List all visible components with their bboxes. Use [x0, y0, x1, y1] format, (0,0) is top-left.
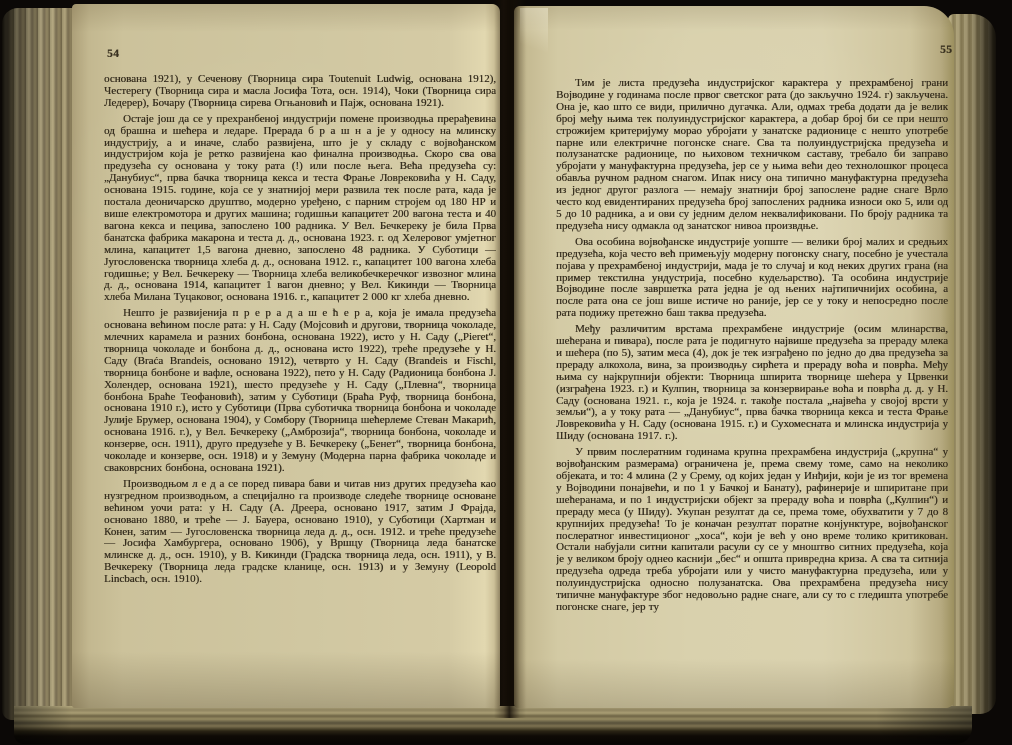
paragraph-left-3: Нешто је развијенија п р е р а д а ш е ћ…	[104, 308, 496, 475]
book-gutter-shadow	[494, 0, 526, 718]
paragraph-left-1: основана 1921), у Сеченову (Творница сир…	[104, 74, 496, 110]
paragraph-right-2: Ова особина војвођанске индустрије уопшт…	[556, 237, 948, 320]
paragraph-left-4: Производњом л е д а се поред пивара бави…	[104, 479, 496, 586]
page-number-right: 55	[940, 44, 952, 56]
paragraph-right-1: Тим је листа предузећа индустријског кар…	[556, 78, 948, 233]
paragraph-right-4: У првим послератним годинама крупна прех…	[556, 447, 948, 614]
right-page-edge-stack	[948, 14, 996, 714]
page-number-left: 54	[107, 48, 119, 60]
paragraph-left-2: Остаје још да се у прехранбеној индустри…	[104, 114, 496, 305]
left-page-edge-stack	[2, 8, 82, 720]
book-spread: 54 55 основана 1921), у Сеченову (Творни…	[0, 0, 1012, 745]
page-55-text-column: Тим је листа предузећа индустријског кар…	[556, 78, 948, 678]
page-54-text-column: основана 1921), у Сеченову (Творница сир…	[104, 74, 496, 666]
bottom-page-edge-stack	[14, 706, 972, 744]
paragraph-right-3: Међу различитим врстама прехрамбене инду…	[556, 324, 948, 443]
